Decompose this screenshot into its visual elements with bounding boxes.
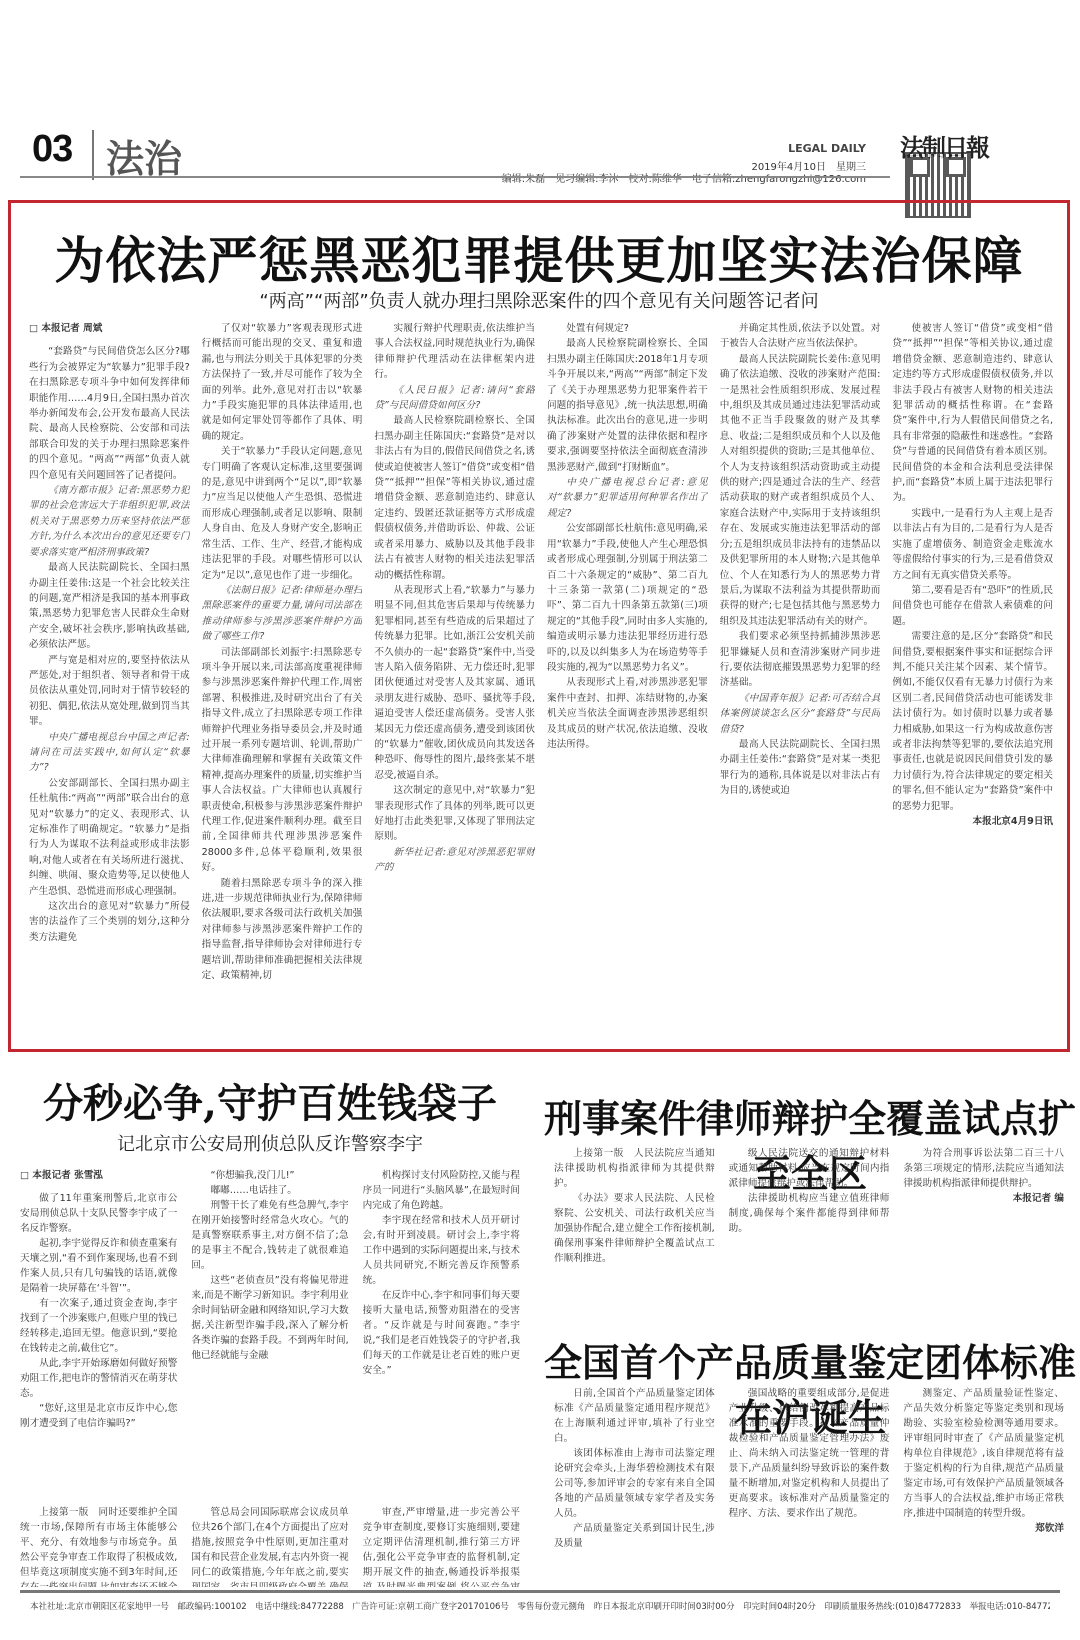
paragraph: 公安部副部长杜航伟:意见明确,采用“软暴力”手段,使他人产生心理恐惧或者形成心理… xyxy=(547,521,708,675)
article-column: 管总局会同国际联席会议成员单位共26个部门,在4个方面提出了应对措施,按照竞争中… xyxy=(191,1505,348,1587)
paragraph: 上接第一版 同时还要维护全国统一市场,保障所有市场主体能够公平、充分、有效地参与… xyxy=(20,1505,177,1587)
paragraph: 嘟嘟……电话挂了。 xyxy=(191,1183,348,1198)
footer-rule xyxy=(20,1590,1060,1593)
article-lawyer-defense: 刑事案件律师辩护全覆盖试点扩至全区 上接第一版 人民法院应当通知法律援助机构指派… xyxy=(540,1060,1080,1320)
lead-column: 了仅对“软暴力”客观表现形式进行概括而可能出现的交叉、重复和遗漏,也与刑法分则关… xyxy=(202,321,363,1041)
question: 新华社记者:意见对涉黑恶犯罪财产的 xyxy=(374,845,535,876)
article2-subheadline: 记北京市公安局刑侦总队反诈警察李宇 xyxy=(0,1130,540,1156)
english-name: LEGAL DAILY xyxy=(788,142,866,155)
paragraph: 并确定其性质,依法予以处置。对于被告人合法财产应当依法保护。 xyxy=(720,321,881,352)
paragraph: 严与宽是相对应的,要坚持依法从严惩处,对于组织者、领导者和骨干成员依法从重处罚,… xyxy=(29,653,190,730)
paragraph: 这次制定的意见中,对“软暴力”犯罪表现形式作了具体的列举,既可以更好地打击此类犯… xyxy=(374,783,535,845)
section-title: 法治 xyxy=(106,128,182,183)
lead-columns: □ 本报记者 周斌 “套路贷”与民间借贷怎么区分?哪些行为会被界定为“软暴力”犯… xyxy=(29,321,1053,1041)
paragraph: “您好,这里是北京市反诈中心,您刚才遭受到了电信诈骗吗?” xyxy=(20,1401,177,1431)
paragraph: 了仅对“软暴力”客观表现形式进行概括而可能出现的交叉、重复和遗漏,也与刑法分则关… xyxy=(202,321,363,444)
masthead-rule xyxy=(20,176,890,178)
paragraph: 使被害人签订“借贷”或变相“借贷”“抵押”“担保”等相关协议,通过虚增借贷金额、… xyxy=(892,321,1053,506)
paragraph: 实履行辩护代理职责,依法维护当事人合法权益,同时规范执业行为,确保律师辩护代理活… xyxy=(374,321,535,383)
paragraph: 强国战略的重要组成部分,是促进产业升级、供给侧改革和提高产品标准水准的重要手段。… xyxy=(729,1386,890,1521)
paragraph: 法律援助机构应当建立值班律师制度,确保每个案件都能得到律师帮助。 xyxy=(729,1191,890,1236)
question: 《中国青年报》记者:可否结合具体案例谈谈怎么区分“套路贷”与民间借贷? xyxy=(720,691,881,737)
lead-headline: 为依法严惩黑恶犯罪提供更加坚实法治保障 xyxy=(11,221,1067,293)
paragraph: 起初,李宇觉得反诈和侦查重案有天壤之别,“看不到作案现场,也看不到作案人员,只有… xyxy=(20,1236,177,1296)
article-column: 审查,严审增量,进一步完善公平竞争审查制度,要修订实施细则,要建立定期评估清理机… xyxy=(363,1505,520,1587)
paragraph: 第二,要看是否有“恐吓”的性质,民间借贷也可能存在借款人索债难的问题。 xyxy=(892,583,1053,629)
paragraph: 为符合刑事诉讼法第二百三十八条第三项规定的情形,法院应当通知法律援助机构指派律师… xyxy=(903,1146,1064,1191)
paragraph: 有一次案子,通过资金查询,李宇找到了一个涉案账户,但账户里的钱已经转移走,追回无… xyxy=(20,1296,177,1356)
paragraph: 最高人民法院副院长姜伟:意见明确了依法追缴、没收的涉案财产范围:一是黑社会性质组… xyxy=(720,352,881,629)
article-police-feature: 分秒必争,守护百姓钱袋子 记北京市公安局刑侦总队反诈警察李宇 □ 本报记者 张雪… xyxy=(0,1060,540,1550)
lead-column: □ 本报记者 周斌 “套路贷”与民间借贷怎么区分?哪些行为会被界定为“软暴力”犯… xyxy=(29,321,190,1041)
paragraph: 该团体标准由上海市司法鉴定理论研究会牵头,上海华碧检测技术有限公司等,参加评审会… xyxy=(554,1446,715,1521)
article2-headline: 分秒必争,守护百姓钱袋子 xyxy=(0,1072,540,1129)
article-quality-standard: 全国首个产品质量鉴定团体标准在沪诞生 日前,全国首个产品质量鉴定团体标准《产品质… xyxy=(540,1320,1080,1550)
paragraph: 关于“软暴力”手段认定问题,意见专门明确了客观认定标准,这里要强调的是,意见中讲… xyxy=(202,444,363,583)
question: 中央广播电视总台记者:意见对“软暴力”犯罪适用何种罪名作出了规定? xyxy=(547,475,708,521)
paragraph: 最高人民法院副院长、全国扫黑办副主任姜伟:这是一个社会比较关注的问题,宽严相济是… xyxy=(29,560,190,652)
paragraph: 刑警干长了难免有些急脾气,李宇在刚开始接警时经常急火攻心。气的是真警察联系事主,… xyxy=(191,1198,348,1273)
article-column: 机构探讨支付风险防控,又能与程序员一同进行“头脑风暴”,在最短时间内完成了角色跨… xyxy=(363,1168,520,1548)
paragraph: 上接第一版 人民法院应当通知法律援助机构指派律师为其提供辩护。 xyxy=(554,1146,715,1191)
page-number: 03 xyxy=(32,128,72,171)
paragraph: 最高人民法院副院长、全国扫黑办副主任姜伟:“套路贷”是对某一类犯罪行为的通称,具… xyxy=(720,737,881,799)
article-column: 日前,全国首个产品质量鉴定团体标准《产品质量鉴定通用程序规范》在上海顺利通过评审… xyxy=(554,1386,715,1586)
question: 中央广播电视总台中国之声记者:请问在司法实践中,如何认定“软暴力”? xyxy=(29,730,190,776)
article4-columns: 日前,全国首个产品质量鉴定团体标准《产品质量鉴定通用程序规范》在上海顺利通过评审… xyxy=(554,1386,1064,1586)
paragraph: 产品质量鉴定关系到国计民生,涉及质量 xyxy=(554,1521,715,1551)
author-signature: 本报记者 编 xyxy=(903,1191,1064,1206)
paragraph: 测鉴定、产品质量验证性鉴定、产品失效分析鉴定等鉴定类别和现场勘验、实验室检验检测… xyxy=(903,1386,1064,1521)
question: 《南方都市报》记者:黑恶势力犯罪的社会危害远大于非组织犯罪,政法机关对于黑恶势力… xyxy=(29,483,190,560)
lead-column: 使被害人签订“借贷”或变相“借贷”“抵押”“担保”等相关协议,通过虚增借贷金额、… xyxy=(892,321,1053,1041)
paragraph: 机构探讨支付风险防控,又能与程序员一同进行“头脑风暴”,在最短时间内完成了角色跨… xyxy=(363,1168,520,1213)
paragraph: 随着扫黑除恶专项斗争的深入推进,进一步规范律师执业行为,保障律师依法履职,要求各… xyxy=(202,876,363,984)
paragraph: “套路贷”与民间借贷怎么区分?哪些行为会被界定为“软暴力”犯罪手段?在扫黑除恶专… xyxy=(29,344,190,483)
paragraph: 在反诈中心,李宇和同事们每天要接听大量电话,预警劝阻潜在的受害者。“反诈就是与时… xyxy=(363,1288,520,1378)
article3-columns: 上接第一版 人民法院应当通知法律援助机构指派律师为其提供辩护。 《办法》要求人民… xyxy=(554,1146,1064,1316)
paragraph: 处置有何规定? xyxy=(547,321,708,336)
lead-article: 为依法严惩黑恶犯罪提供更加坚实法治保障 “两高”“两部”负责人就办理扫黑除恶案件… xyxy=(8,200,1070,1052)
paragraph: 需要注意的是,区分“套路贷”和民间借贷,要根据案件事实和证据综合评判,不能只关注… xyxy=(892,629,1053,814)
paragraph: 公安部副部长、全国扫黑办副主任杜航伟:“两高”“两部”联合出台的意见对“软暴力”… xyxy=(29,776,190,899)
article-column: 级人民法院送交的通知辩护材料或通知帮助材料,应当在规定时间内指派律师提供辩护或法… xyxy=(729,1146,890,1316)
paragraph: 这次出台的意见对“软暴力”所侵害的法益作了三个类别的划分,这种分类方法避免 xyxy=(29,899,190,945)
article-column: 测鉴定、产品质量验证性鉴定、产品失效分析鉴定等鉴定类别和现场勘验、实验室检验检测… xyxy=(903,1386,1064,1586)
paragraph: 级人民法院送交的通知辩护材料或通知帮助材料,应当在规定时间内指派律师提供辩护或法… xyxy=(729,1146,890,1191)
paragraph: 我们要求必须坚持抓捕涉黑涉恶犯罪嫌疑人员和查清涉案财产同步进行,要依法彻底摧毁黑… xyxy=(720,629,881,691)
paragraph: 管总局会同国际联席会议成员单位共26个部门,在4个方面提出了应对措施,按照竞争中… xyxy=(191,1505,348,1587)
paragraph: 从此,李宇开始琢磨如何做好预警劝阻工作,把电诈的警情消灭在萌芽状态。 xyxy=(20,1356,177,1401)
article-competition-review: 上接第一版 同时还要维护全国统一市场,保障所有市场主体能够公平、充分、有效地参与… xyxy=(20,1505,520,1587)
lead-column: 实履行辩护代理职责,依法维护当事人合法权益,同时规范执业行为,确保律师辩护代理活… xyxy=(374,321,535,1041)
paragraph: 最高人民检察院副检察长、全国扫黑办副主任陈国庆:“套路贷”是对以非法占有为目的,… xyxy=(374,413,535,582)
masthead-divider xyxy=(92,130,94,180)
article-column: 上接第一版 同时还要维护全国统一市场,保障所有市场主体能够公平、充分、有效地参与… xyxy=(20,1505,177,1587)
lead-subheadline: “两高”“两部”负责人就办理扫黑除恶案件的四个意见有关问题答记者问 xyxy=(11,287,1067,313)
article2-byline: □ 本报记者 张雪泓 xyxy=(20,1168,177,1183)
article-column: 上接第一版 人民法院应当通知法律援助机构指派律师为其提供辩护。 《办法》要求人民… xyxy=(554,1146,715,1316)
paragraph: 最高人民检察院副检察长、全国扫黑办副主任陈国庆:2018年1月专项斗争开展以来,… xyxy=(547,336,708,475)
article-column: 强国战略的重要组成部分,是促进产业升级、供给侧改革和提高产品标准水准的重要手段。… xyxy=(729,1386,890,1586)
lead-column: 处置有何规定? 最高人民检察院副检察长、全国扫黑办副主任陈国庆:2018年1月专… xyxy=(547,321,708,1041)
paragraph: 这些“老侦查员”没有将偏见带进来,而是不断学习新知识。李宇利用业余时间钻研金融和… xyxy=(191,1273,348,1363)
paragraph: “你想骗我,没门儿!” xyxy=(191,1168,348,1183)
publisher-footer: 本社社址:北京市朝阳区花家地甲一号 邮政编码:100102 电话中继线:8477… xyxy=(30,1600,1050,1612)
paragraph: 日前,全国首个产品质量鉴定团体标准《产品质量鉴定通用程序规范》在上海顺利通过评审… xyxy=(554,1386,715,1446)
paragraph: 从表现形式上看,对涉黑涉恶犯罪案件中查封、扣押、冻结财物的,办案机关应当依法全面… xyxy=(547,675,708,752)
paragraph: 《办法》要求人民法院、人民检察院、公安机关、司法行政机关应当加强协作配合,建立健… xyxy=(554,1191,715,1266)
paragraph: 审查,严审增量,进一步完善公平竞争审查制度,要修订实施细则,要建立定期评估清理机… xyxy=(363,1505,520,1587)
question: 《人民日报》记者:请问“套路贷”与民间借贷如何区分? xyxy=(374,383,535,414)
paragraph: 做了11年重案刑警后,北京市公安局刑侦总队十支队民警李宇成了一名反诈警察。 xyxy=(20,1191,177,1236)
paragraph: 实践中,一是看行为人主观上是否以非法占有为目的,二是看行为人是否实施了虚增债务、… xyxy=(892,506,1053,583)
lead-byline: □ 本报记者 周斌 xyxy=(29,321,190,336)
article-column: □ 本报记者 张雪泓 做了11年重案刑警后,北京市公安局刑侦总队十支队民警李宇成… xyxy=(20,1168,177,1548)
paragraph: 李宇现在经常和技术人员开研讨会,有时开到凌晨。研讨会上,李宇将工作中遇到的实际问… xyxy=(363,1213,520,1288)
question: 《法制日报》记者:律师是办理扫黑除恶案件的重要力量,请问司法部在推动律师参与涉黑… xyxy=(202,583,363,645)
paragraph: 从表现形式上看,“软暴力”与暴力明显不同,但其危害后果却与传统暴力犯罪相同,甚至… xyxy=(374,583,535,783)
lead-column: 并确定其性质,依法予以处置。对于被告人合法财产应当依法保护。 最高人民法院副院长… xyxy=(720,321,881,1041)
article2-columns: □ 本报记者 张雪泓 做了11年重案刑警后,北京市公安局刑侦总队十支队民警李宇成… xyxy=(20,1168,520,1548)
dateline: 本报北京4月9日讯 xyxy=(892,814,1053,829)
masthead: 03 法治 LEGAL DAILY 2019年4月10日 星期三 编辑:朱磊 见… xyxy=(0,100,1080,180)
article-column: “你想骗我,没门儿!” 嘟嘟……电话挂了。 刑警干长了难免有些急脾气,李宇在刚开… xyxy=(191,1168,348,1548)
paragraph: 司法部副部长刘振宇:扫黑除恶专项斗争开展以来,司法部高度重视律师参与涉黑涉恶案件… xyxy=(202,645,363,876)
author-signature: 郑钦洋 xyxy=(903,1521,1064,1536)
article-column: 为符合刑事诉讼法第二百三十八条第三项规定的情形,法院应当通知法律援助机构指派律师… xyxy=(903,1146,1064,1316)
